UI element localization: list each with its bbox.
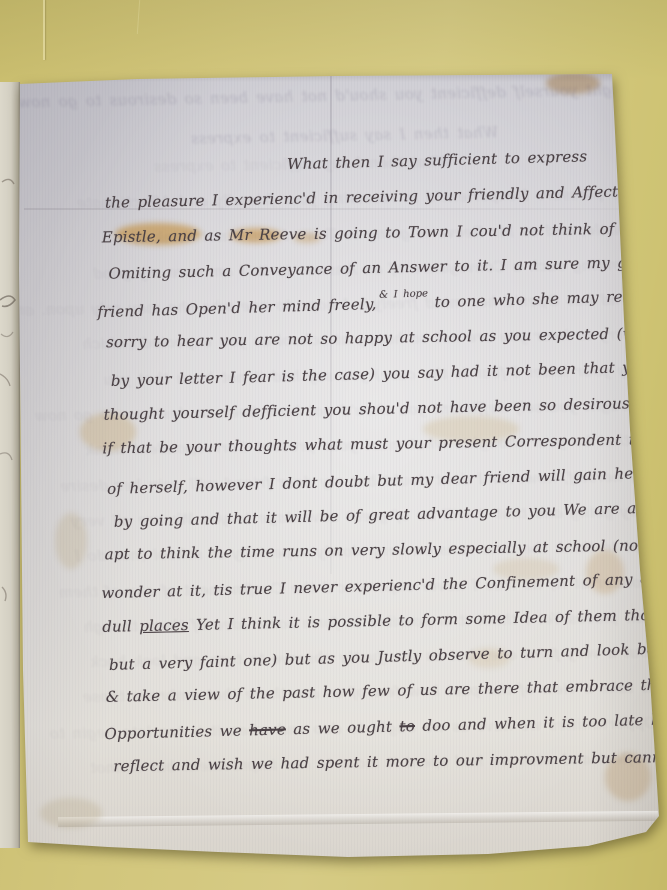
handwriting-text: Opportunities we bbox=[104, 721, 249, 743]
inserted-text: & I hope bbox=[379, 289, 428, 301]
background-crease bbox=[43, 0, 45, 60]
underlined-text: places bbox=[139, 616, 189, 635]
left-page-edge bbox=[0, 82, 20, 848]
ink-stain bbox=[40, 798, 102, 828]
struck-out-text: to bbox=[399, 717, 415, 735]
handwriting-text: as we ought bbox=[286, 717, 400, 738]
letter-sheet-shadow: thought yourself defficient you shou'd n… bbox=[18, 70, 667, 870]
letter-body-text: What then I say sufficient to expressthe… bbox=[92, 146, 667, 794]
struck-out-text: have bbox=[249, 720, 286, 739]
handwriting-text: dull bbox=[102, 617, 139, 636]
marginal-marks bbox=[0, 82, 20, 848]
background-shading bbox=[0, 0, 667, 80]
letter-page: thought yourself defficient you shou'd n… bbox=[18, 70, 667, 870]
photo-of-letter: thought yourself defficient you shou'd n… bbox=[0, 0, 667, 890]
